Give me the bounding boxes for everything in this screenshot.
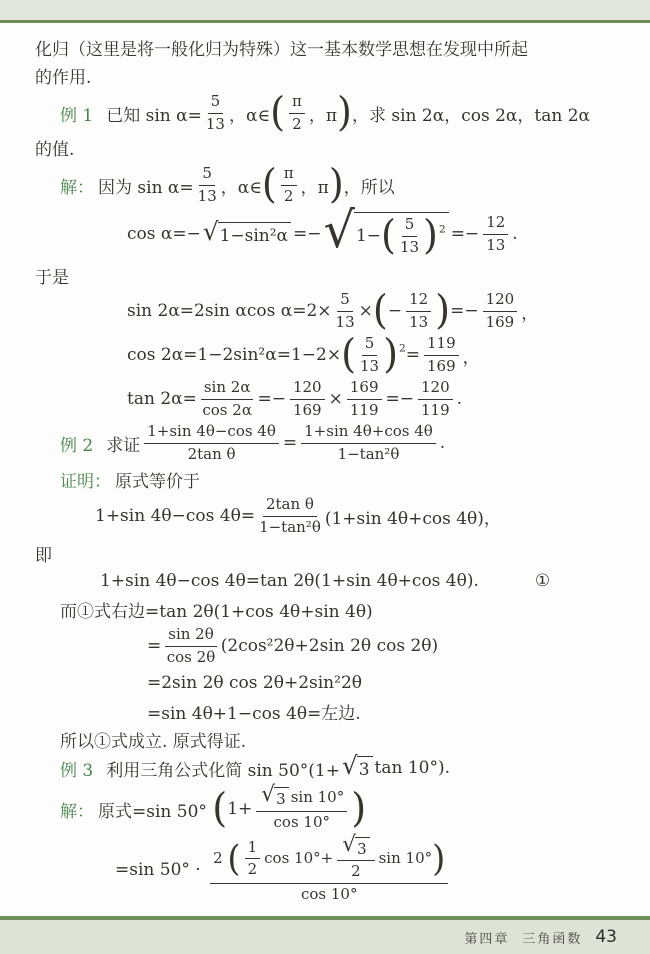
step1-expression: (2cos²2θ+2sin 2θ cos 2θ) bbox=[221, 636, 438, 656]
example2-period: . bbox=[440, 433, 445, 453]
yushi-line: 于是 bbox=[35, 261, 620, 289]
intro-line-2: 的作用. bbox=[35, 61, 620, 89]
fraction: 12 bbox=[245, 839, 261, 879]
footer-page-number: 43 bbox=[595, 927, 617, 947]
ji-line: 即 bbox=[35, 539, 620, 567]
fraction: √3sin 10° cos 10° bbox=[256, 787, 347, 831]
radical-body: 1− ( 513 ) 2 bbox=[354, 212, 449, 256]
fraction-denominator: 2 bbox=[292, 114, 302, 133]
left-paren: ( bbox=[270, 93, 285, 133]
right-paren: ) bbox=[337, 93, 352, 133]
fraction: 1213 bbox=[406, 291, 431, 331]
radical-body: 1−sin²α bbox=[218, 222, 291, 246]
footer-section: 三角函数 bbox=[522, 928, 582, 947]
fraction: π2 bbox=[281, 165, 297, 205]
tan2a-formula: tan 2α= sin 2αcos 2α =− 120169 × 169119 … bbox=[127, 377, 620, 421]
fraction-numerator: sin 2α bbox=[201, 379, 254, 399]
cos-alpha-lhs: cos α=− bbox=[127, 224, 201, 244]
right-paren: ) bbox=[423, 216, 438, 256]
fraction-denominator: 119 bbox=[421, 400, 450, 419]
right-paren: ) bbox=[351, 789, 366, 829]
step3-expression: =sin 4θ+1−cos 4θ=左边. bbox=[147, 699, 361, 724]
fraction-numerator: 120 bbox=[418, 379, 453, 399]
fraction-numerator: √3 bbox=[337, 837, 374, 861]
page-top-band bbox=[0, 0, 650, 20]
fraction-denominator: 169 bbox=[486, 312, 515, 331]
example3-final-lhs: =sin 50° · bbox=[115, 860, 206, 880]
tan2a-lhs: tan 2α= bbox=[127, 389, 197, 409]
example3-final-formula: =sin 50° · 2 ( 12 cos 10°+ √3 2 sin 10° … bbox=[115, 833, 620, 907]
proof-step-3: =sin 4θ+1−cos 4θ=左边. bbox=[147, 697, 620, 725]
example3-task-text: 利用三角公式化简 sin 50°(1+ bbox=[106, 756, 340, 781]
solution-interval-text: ，α∈ bbox=[221, 173, 262, 198]
ji-text: 即 bbox=[35, 541, 52, 566]
example1-solution-line: 解： 因为 sin α= 513 ，α∈ ( π2 ，π ) ，所以 bbox=[60, 163, 620, 207]
cos-alpha-eq2: =− bbox=[293, 224, 322, 244]
example1-tail-line: 的值. bbox=[35, 133, 620, 161]
fraction-numerator: 1 bbox=[245, 839, 261, 859]
fraction-denominator: cos 10° bbox=[301, 884, 357, 903]
radical-sign: √ bbox=[203, 222, 219, 241]
fraction: 513 bbox=[198, 165, 217, 205]
fraction: 120169 bbox=[290, 379, 325, 419]
solution-label: 解： bbox=[60, 173, 94, 198]
step2-expression: =2sin 2θ cos 2θ+2sin²2θ bbox=[147, 673, 362, 693]
fraction-numerator: 2tan θ bbox=[263, 496, 317, 516]
example3-heading: 例 3 利用三角公式化简 sin 50°(1+ √3 tan 10°). bbox=[60, 753, 620, 783]
numerator-coefficient: 2 bbox=[213, 850, 227, 867]
fraction-denominator: 2 bbox=[351, 861, 361, 880]
equivalence-formula: 1+sin 4θ−cos 4θ= 2tan θ1−tan²θ (1+sin 4θ… bbox=[95, 493, 620, 539]
example3-label: 例 3 bbox=[60, 756, 93, 781]
fraction-numerator: π bbox=[289, 93, 305, 113]
numerator-sin-term: sin 10° bbox=[379, 850, 433, 867]
tan2a-times: × bbox=[329, 389, 343, 409]
fraction-numerator: π bbox=[281, 165, 297, 185]
radical-body: 3 bbox=[357, 756, 373, 780]
fraction-denominator: cos 10° bbox=[274, 812, 330, 831]
fraction-numerator: 5 bbox=[199, 165, 215, 185]
left-paren: ( bbox=[262, 165, 277, 205]
fraction-numerator: 12 bbox=[483, 214, 508, 234]
step1-equals: = bbox=[147, 636, 161, 656]
fraction-numerator: 5 bbox=[402, 216, 418, 236]
cos-alpha-eq3: =− bbox=[451, 224, 480, 244]
fraction-denominator: 2tan θ bbox=[188, 444, 236, 463]
fraction-denominator: 169 bbox=[293, 400, 322, 419]
radical-body: 3 bbox=[355, 837, 370, 858]
fraction-denominator: 1−tan²θ bbox=[259, 517, 321, 536]
textbook-page: 化归（这里是将一般化归为特殊）这一基本数学思想在发现中所起 的作用. 例 1 已… bbox=[0, 0, 650, 954]
fraction-denominator: 13 bbox=[360, 356, 379, 375]
fraction-numerator: 120 bbox=[483, 291, 518, 311]
fraction: 1+sin 4θ+cos 4θ1−tan²θ bbox=[301, 423, 436, 463]
proof-line: 证明： 原式等价于 bbox=[60, 465, 620, 493]
example3-solution-line: 解： 原式=sin 50° ( 1+ √3sin 10° cos 10° ) bbox=[60, 785, 620, 833]
fraction-denominator: 13 bbox=[206, 114, 225, 133]
numerator-text: sin 10° bbox=[291, 789, 345, 806]
sqrt-radical: √ 1− ( 513 ) 2 bbox=[324, 212, 449, 256]
cos-alpha-period: . bbox=[512, 224, 517, 244]
sin2a-formula: sin 2α=2sin αcos α=2× 513 × ( − 1213 ) =… bbox=[127, 289, 620, 333]
fraction-denominator: 2 bbox=[248, 859, 258, 878]
equivalence-rhs: (1+sin 4θ+cos 4θ)， bbox=[325, 504, 501, 529]
fraction: 513 bbox=[206, 93, 225, 133]
proof-label: 证明： bbox=[60, 467, 111, 492]
fraction-numerator: 1+sin 4θ+cos 4θ bbox=[301, 423, 436, 443]
tan2a-eq2: =− bbox=[386, 389, 415, 409]
conclusion-line: 所以①式成立. 原式得证. bbox=[60, 725, 620, 753]
fraction: 1213 bbox=[483, 214, 508, 254]
page-content: 化归（这里是将一般化归为特殊）这一基本数学思想在发现中所起 的作用. 例 1 已… bbox=[0, 23, 650, 907]
sin2a-times: × bbox=[359, 301, 373, 321]
fraction-denominator: cos 2θ bbox=[167, 647, 215, 666]
fraction-denominator: 13 bbox=[409, 312, 428, 331]
example2-equals: = bbox=[283, 433, 297, 453]
right-paren: ) bbox=[432, 841, 445, 876]
right-paren: ) bbox=[435, 291, 450, 331]
equation-1-number: ① bbox=[535, 571, 550, 591]
fraction-numerator: 169 bbox=[347, 379, 382, 399]
fraction-denominator: 119 bbox=[350, 400, 379, 419]
fraction-denominator: 13 bbox=[336, 312, 355, 331]
fraction-numerator: 5 bbox=[362, 335, 378, 355]
example1-given-text: 已知 sin α= bbox=[106, 101, 202, 126]
radical-body-text: 1− bbox=[356, 226, 381, 246]
solution-interval-pi: ，π bbox=[301, 173, 329, 198]
example1-interval-pi: ，π bbox=[309, 101, 337, 126]
fraction: 169119 bbox=[347, 379, 382, 419]
left-paren: ( bbox=[373, 291, 388, 331]
left-paren: ( bbox=[212, 789, 227, 829]
fraction: sin 2θcos 2θ bbox=[165, 626, 217, 666]
numerator-cos-term: cos 10°+ bbox=[264, 850, 333, 867]
fraction: 119169 bbox=[424, 335, 459, 375]
example3-one-plus: 1+ bbox=[227, 799, 252, 819]
fraction: 120169 bbox=[483, 291, 518, 331]
tan2a-eq1: =− bbox=[257, 389, 286, 409]
fraction-denominator: 169 bbox=[427, 356, 456, 375]
fraction: 2 ( 12 cos 10°+ √3 2 sin 10° ) cos 10° bbox=[210, 837, 448, 903]
example1-tail-text: 的值. bbox=[35, 135, 74, 160]
sin2a-lhs: sin 2α=2sin αcos α=2× bbox=[127, 301, 332, 321]
fraction-numerator: 5 bbox=[337, 291, 353, 311]
cos2a-lhs: cos 2α=1−2sin²α=1−2× bbox=[127, 345, 341, 365]
intro-text-1: 化归（这里是将一般化归为特殊）这一基本数学思想在发现中所起 bbox=[35, 35, 528, 60]
cos2a-formula: cos 2α=1−2sin²α=1−2× ( 513 ) 2 = 119169 … bbox=[127, 333, 620, 377]
cos-alpha-formula: cos α=− √1−sin²α =− √ 1− ( 513 ) 2 =− 12… bbox=[127, 207, 620, 261]
fraction-numerator: 120 bbox=[290, 379, 325, 399]
example3-task-tail: tan 10°). bbox=[375, 758, 451, 778]
rhs-expansion-line: 而①式右边=tan 2θ(1+cos 4θ+sin 4θ) bbox=[60, 595, 620, 623]
left-paren: ( bbox=[341, 335, 356, 375]
fraction: 120119 bbox=[418, 379, 453, 419]
solution-so-text: ，所以 bbox=[344, 173, 395, 198]
equivalence-lhs: 1+sin 4θ−cos 4θ= bbox=[95, 506, 255, 526]
cos2a-comma: ， bbox=[463, 343, 480, 368]
intro-line-1: 化归（这里是将一般化归为特殊）这一基本数学思想在发现中所起 bbox=[35, 33, 620, 61]
intro-text-2: 的作用. bbox=[35, 63, 91, 88]
sin2a-minus: − bbox=[388, 301, 402, 321]
proof-text: 原式等价于 bbox=[115, 467, 200, 492]
fraction: 2tan θ1−tan²θ bbox=[259, 496, 321, 536]
equation-1-text: 1+sin 4θ−cos 4θ=tan 2θ(1+sin 4θ+cos 4θ). bbox=[100, 571, 479, 591]
fraction: 513 bbox=[360, 335, 379, 375]
fraction-denominator: 13 bbox=[198, 186, 217, 205]
radical-sign: √ bbox=[324, 212, 355, 248]
fraction-numerator: 12 bbox=[406, 291, 431, 311]
fraction: sin 2αcos 2α bbox=[201, 379, 254, 419]
conclusion-text: 所以①式成立. 原式得证. bbox=[60, 727, 246, 752]
example3-original-text: 原式=sin 50° bbox=[98, 797, 212, 822]
equation-1-line: 1+sin 4θ−cos 4θ=tan 2θ(1+sin 4θ+cos 4θ).… bbox=[100, 567, 620, 595]
fraction-denominator: 1−tan²θ bbox=[338, 444, 400, 463]
fraction-numerator: sin 2θ bbox=[165, 626, 217, 646]
sin2a-eq: =− bbox=[450, 301, 479, 321]
example1-ask-text: ，求 sin 2α，cos 2α，tan 2α bbox=[352, 101, 590, 126]
page-footer: 第四章 三角函数 43 bbox=[0, 920, 650, 954]
fraction: 513 bbox=[400, 216, 419, 256]
right-paren: ) bbox=[383, 335, 398, 375]
tan2a-period: . bbox=[457, 389, 462, 409]
example2-heading: 例 2 求证 1+sin 4θ−cos 4θ2tan θ = 1+sin 4θ+… bbox=[60, 421, 620, 465]
radical-sign: √ bbox=[342, 756, 358, 775]
example2-prove-text: 求证 bbox=[106, 431, 140, 456]
fraction-denominator: 13 bbox=[486, 235, 505, 254]
fraction: 1+sin 4θ−cos 4θ2tan θ bbox=[144, 423, 279, 463]
superscript-2: 2 bbox=[399, 342, 406, 354]
sqrt-radical: √1−sin²α bbox=[203, 222, 291, 246]
fraction-denominator: 2 bbox=[284, 186, 294, 205]
fraction-numerator: 1+sin 4θ−cos 4θ bbox=[144, 423, 279, 443]
example2-label: 例 2 bbox=[60, 431, 93, 456]
rhs-expansion-text: 而①式右边=tan 2θ(1+cos 4θ+sin 4θ) bbox=[60, 597, 373, 622]
example1-heading: 例 1 已知 sin α= 513 ，α∈ ( π2 ，π ) ，求 sin 2… bbox=[60, 93, 620, 133]
fraction-denominator: 13 bbox=[400, 237, 419, 256]
radical-sign: √ bbox=[342, 837, 356, 854]
proof-step-2: =2sin 2θ cos 2θ+2sin²2θ bbox=[147, 669, 620, 697]
superscript-2: 2 bbox=[439, 223, 446, 235]
cos2a-eq: = bbox=[406, 345, 420, 365]
fraction: √3 2 bbox=[337, 837, 374, 881]
fraction-numerator: √3sin 10° bbox=[256, 787, 347, 811]
example1-interval-text: ，α∈ bbox=[229, 101, 270, 126]
sqrt-radical: √3 bbox=[342, 837, 369, 858]
sqrt-radical: √3 bbox=[261, 787, 288, 808]
sqrt-radical: √3 bbox=[342, 756, 373, 780]
example1-label: 例 1 bbox=[60, 101, 93, 126]
left-paren: ( bbox=[227, 841, 240, 876]
sin2a-comma: ， bbox=[521, 299, 538, 324]
fraction: π2 bbox=[289, 93, 305, 133]
yushi-text: 于是 bbox=[35, 263, 69, 288]
fraction-denominator: cos 2α bbox=[202, 400, 252, 419]
footer-chapter: 第四章 bbox=[464, 928, 509, 947]
fraction-numerator: 2 ( 12 cos 10°+ √3 2 sin 10° ) bbox=[210, 837, 448, 884]
proof-step-1: = sin 2θcos 2θ (2cos²2θ+2sin 2θ cos 2θ) bbox=[147, 623, 620, 669]
radical-sign: √ bbox=[261, 787, 275, 804]
fraction: 513 bbox=[336, 291, 355, 331]
solution-label: 解： bbox=[60, 797, 94, 822]
fraction-numerator: 5 bbox=[208, 93, 224, 113]
fraction-numerator: 119 bbox=[424, 335, 459, 355]
solution-because-text: 因为 sin α= bbox=[98, 173, 194, 198]
left-paren: ( bbox=[381, 216, 396, 256]
right-paren: ) bbox=[329, 165, 344, 205]
radical-body: 3 bbox=[274, 787, 289, 808]
